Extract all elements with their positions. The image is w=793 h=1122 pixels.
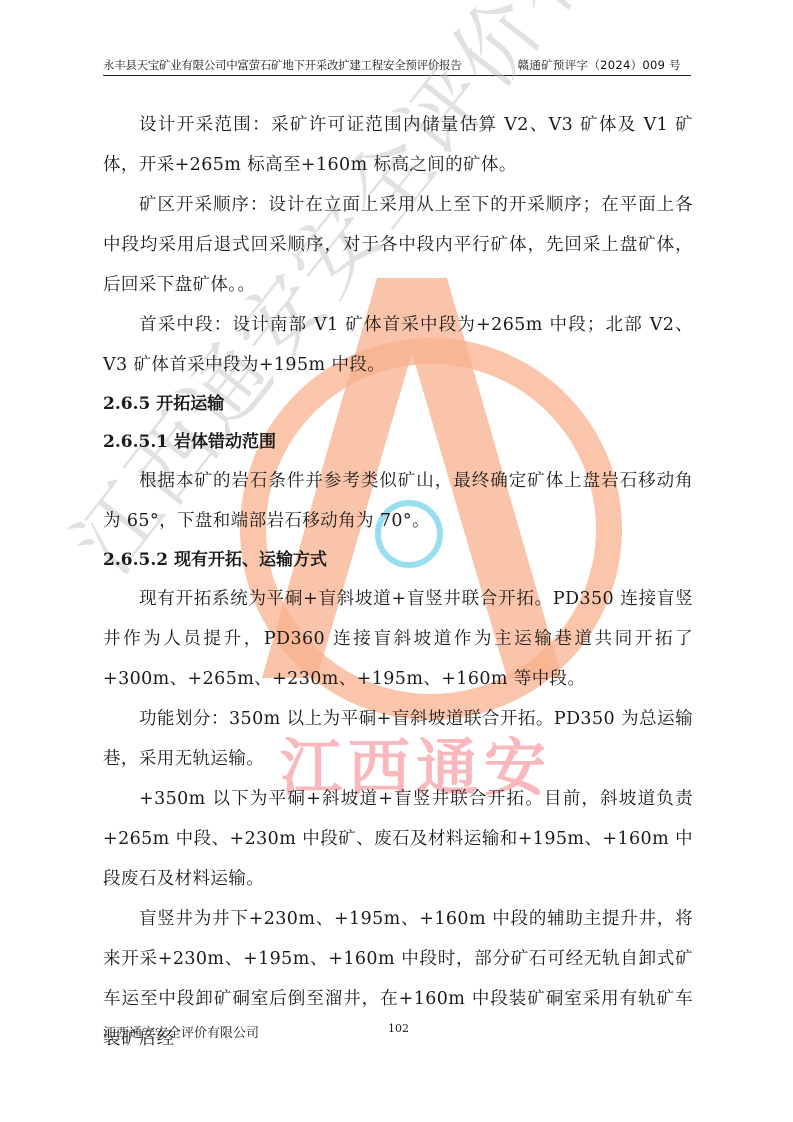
paragraph-below-350m: +350m 以下为平硐+斜坡道+盲竖井联合开拓。目前，斜坡道负责+265m 中段… (103, 779, 693, 899)
section-heading-existing-methods: 2.6.5.2 现有开拓、运输方式 (103, 541, 693, 579)
section-heading-development-transport: 2.6.5 开拓运输 (103, 385, 693, 423)
paragraph-mining-scope: 设计开采范围：采矿许可证范围内储量估算 V2、V3 矿体及 V1 矿体，开采+2… (103, 105, 693, 185)
section-heading-rock-displacement: 2.6.5.1 岩体错动范围 (103, 423, 693, 461)
paragraph-rock-displacement: 根据本矿的岩石条件并参考类似矿山，最终确定矿体上盘岩石移动角为 65°，下盘和端… (103, 461, 693, 541)
paragraph-existing-system: 现有开拓系统为平硐+盲斜坡道+盲竖井联合开拓。PD350 连接盲竖井作为人员提升… (103, 579, 693, 699)
paragraph-first-level: 首采中段：设计南部 V1 矿体首采中段为+265m 中段；北部 V2、V3 矿体… (103, 305, 693, 385)
document-number: 赣通矿预评字（2024）009 号 (518, 57, 681, 73)
report-title: 永丰县天宝矿业有限公司中富萤石矿地下开采改扩建工程安全预评价报告 (103, 57, 461, 73)
page-footer: 江西通安安全评价有限公司 102 (103, 1022, 693, 1042)
document-body: 设计开采范围：采矿许可证范围内储量估算 V2、V3 矿体及 V1 矿体，开采+2… (103, 105, 693, 1059)
page-number: 102 (388, 1022, 409, 1035)
paragraph-mining-sequence: 矿区开采顺序：设计在立面上采用从上至下的开采顺序；在平面上各中段均采用后退式回采… (103, 185, 693, 305)
page-header: 永丰县天宝矿业有限公司中富萤石矿地下开采改扩建工程安全预评价报告 赣通矿预评字（… (103, 55, 691, 76)
footer-company: 江西通安安全评价有限公司 (103, 1022, 259, 1041)
paragraph-function-division: 功能划分：350m 以上为平硐+盲斜坡道联合开拓。PD350 为总运输巷，采用无… (103, 699, 693, 779)
